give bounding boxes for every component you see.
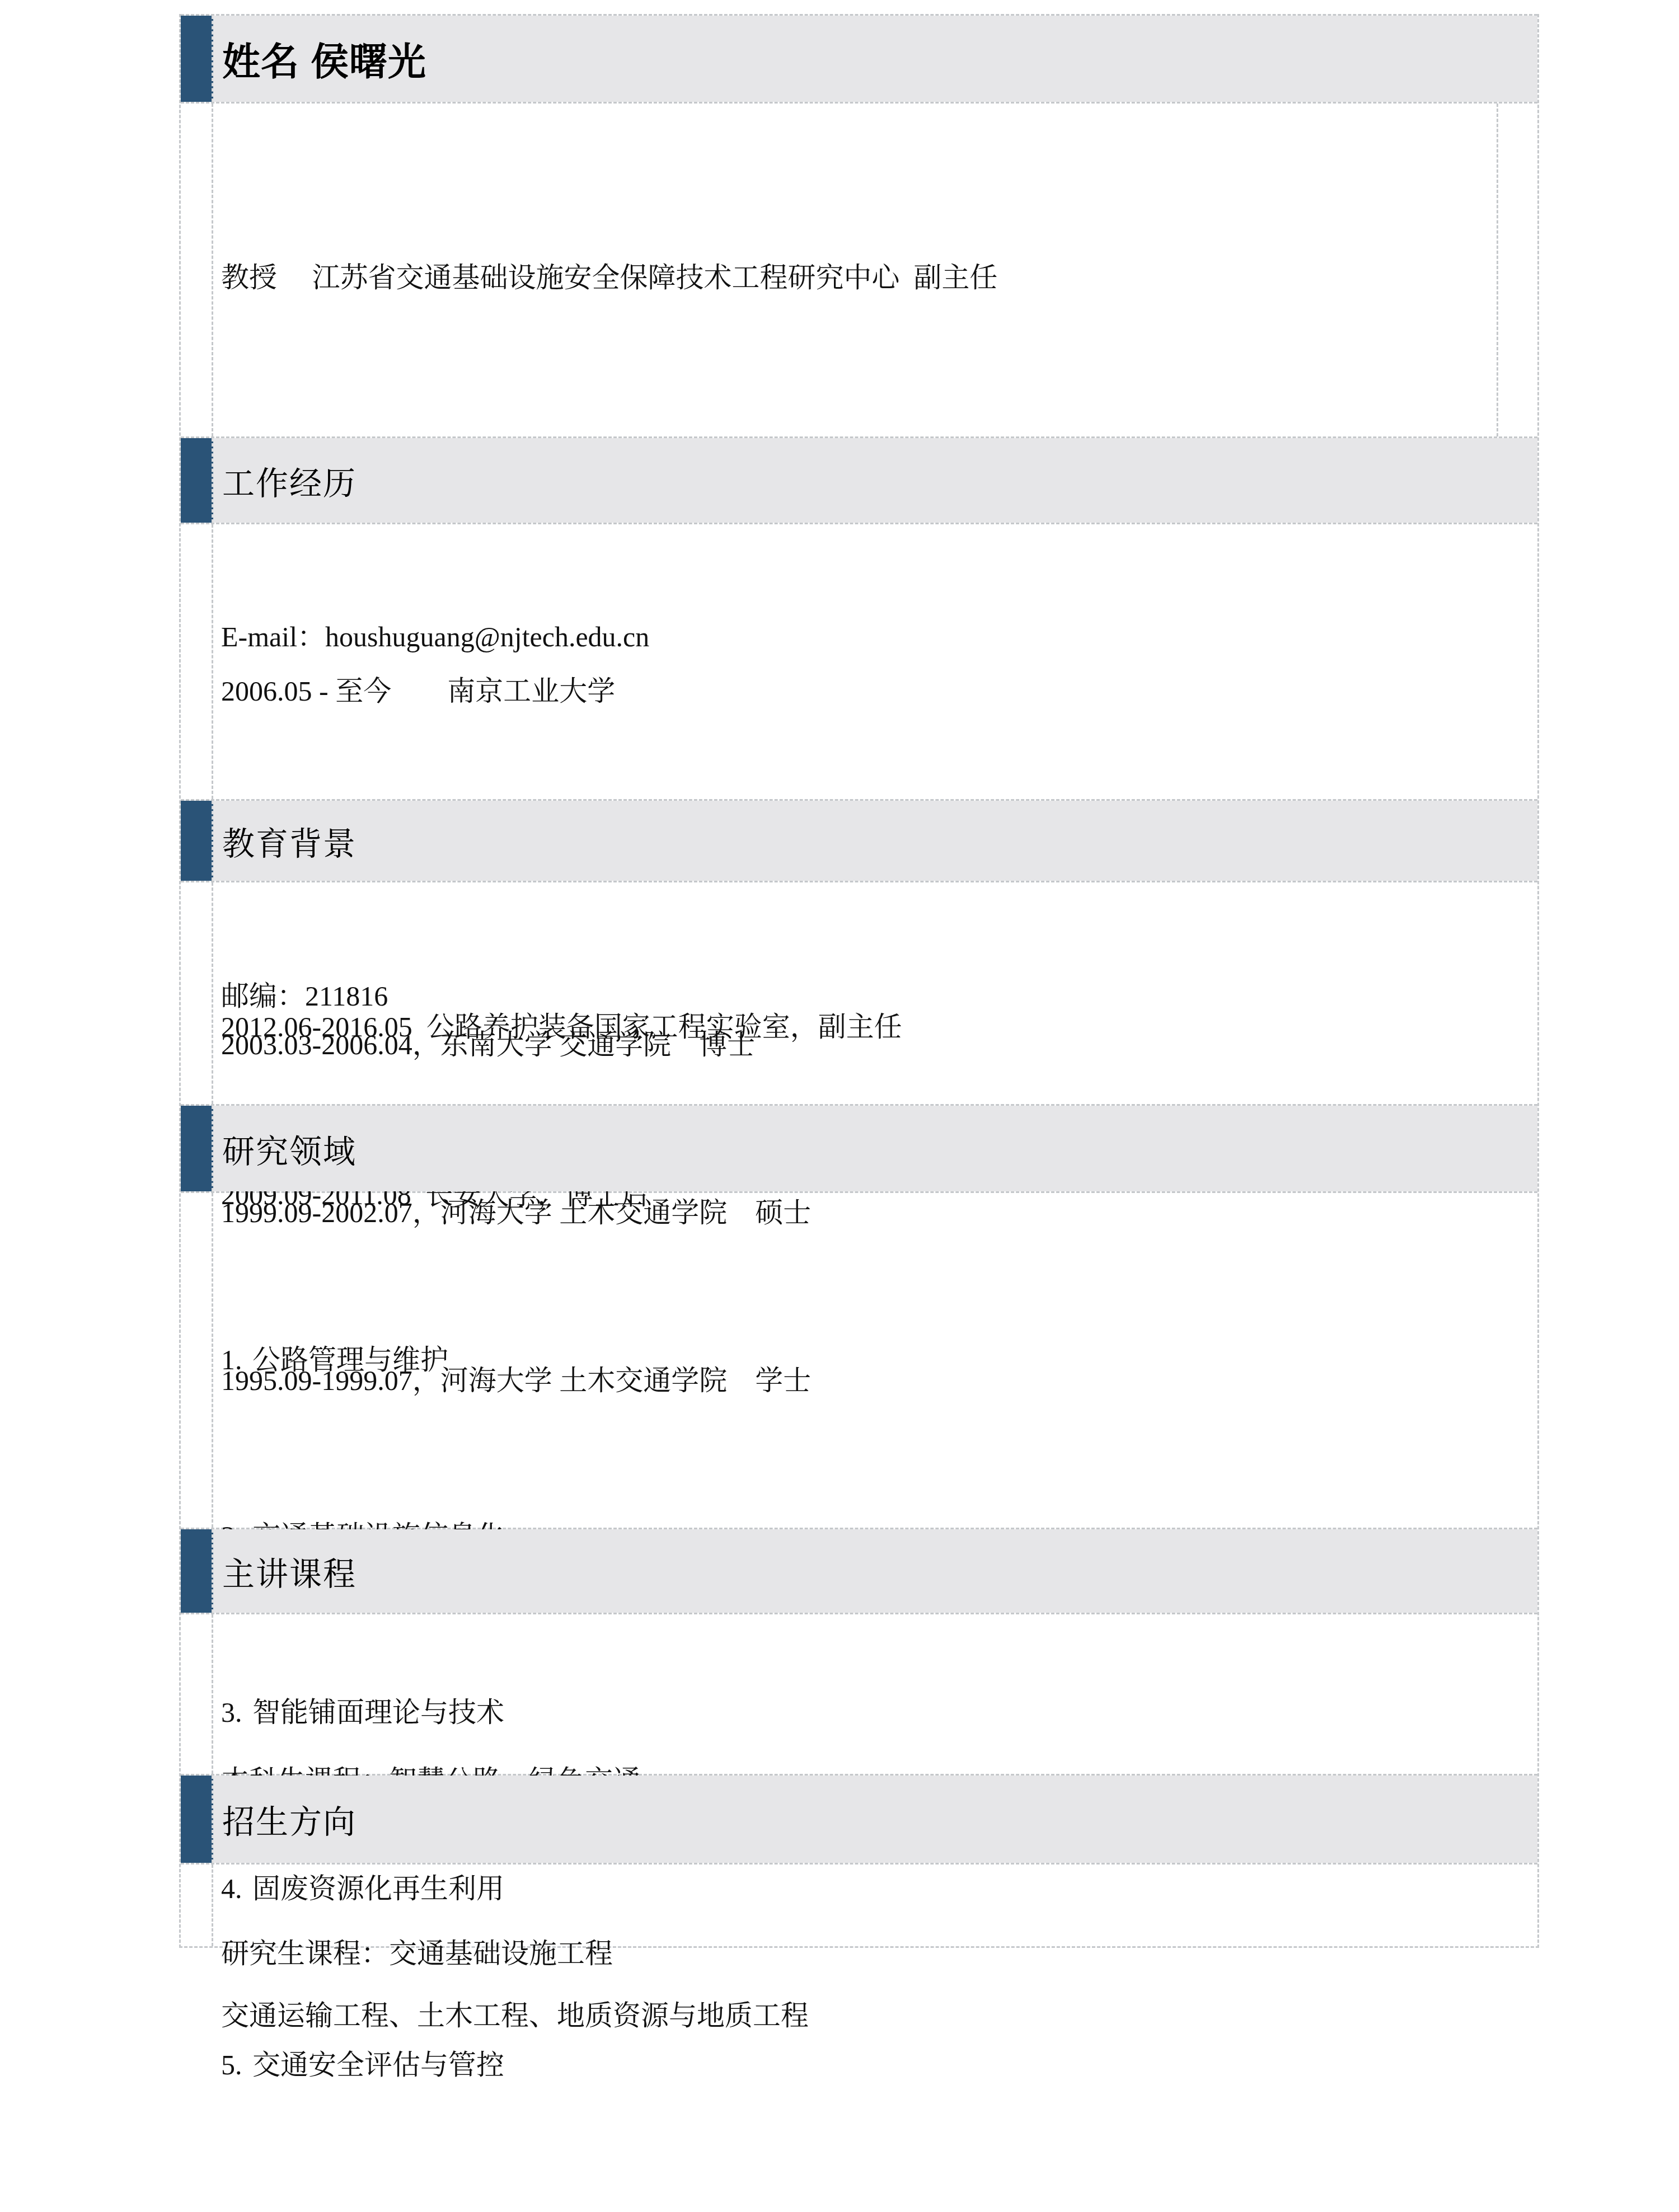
work-content: 2006.05 - 至今 南京工业大学 2016.11-2017.11 Univ… bbox=[213, 524, 902, 799]
contact-section: 教授 江苏省交通基础设施安全保障技术工程研究中心 副主任 南京工业大学道路工程研… bbox=[181, 104, 1537, 436]
education-content: 2003.03-2006.04，东南大学 交通学院 博士 1999.09-200… bbox=[213, 882, 811, 1104]
accent-bar bbox=[181, 16, 213, 102]
cv-document: 姓名 侯曙光 教授 江苏省交通基础设施安全保障技术工程研究中心 副主任 南京工业… bbox=[179, 14, 1539, 1948]
section-title-admissions: 招生方向 bbox=[213, 1776, 1537, 1863]
admissions-section: 交通运输工程、土木工程、地质资源与地质工程 bbox=[181, 1865, 1537, 1946]
research-content: 1.公路管理与维护 2.交通基础设施信息化 3.智能铺面理论与技术 4.固废资源… bbox=[213, 1193, 504, 1528]
courses-section: 本科生课程：智慧公路、绿色交通 研究生课程：交通基础设施工程 bbox=[181, 1614, 1537, 1774]
section-title-work: 工作经历 bbox=[213, 438, 1537, 523]
courses-content: 本科生课程：智慧公路、绿色交通 研究生课程：交通基础设施工程 bbox=[213, 1614, 641, 1774]
left-gutter bbox=[181, 882, 213, 1104]
faculty-profile-page: { "theme": { "accent_blue": "#2a5377", "… bbox=[0, 0, 1679, 1976]
left-gutter bbox=[181, 1614, 213, 1774]
accent-bar bbox=[181, 438, 213, 523]
left-gutter bbox=[181, 104, 213, 436]
contact-right-margin bbox=[1498, 104, 1537, 436]
left-gutter bbox=[181, 524, 213, 799]
left-gutter bbox=[181, 1193, 213, 1528]
section-header-education: 教育背景 bbox=[181, 799, 1537, 882]
page-title: 姓名 侯曙光 bbox=[213, 16, 1537, 102]
section-title-courses: 主讲课程 bbox=[213, 1529, 1537, 1613]
contact-content: 教授 江苏省交通基础设施安全保障技术工程研究中心 副主任 南京工业大学道路工程研… bbox=[213, 104, 1498, 436]
list-item: 2003.03-2006.04，东南大学 交通学院 博士 bbox=[221, 1017, 811, 1073]
section-header-research: 研究领域 bbox=[181, 1104, 1537, 1193]
section-header-admissions: 招生方向 bbox=[181, 1774, 1537, 1865]
section-title-education: 教育背景 bbox=[213, 801, 1537, 881]
accent-bar bbox=[181, 801, 213, 881]
admissions-text: 交通运输工程、土木工程、地质资源与地质工程 bbox=[221, 1988, 809, 2044]
accent-bar bbox=[181, 1106, 213, 1191]
section-header-work: 工作经历 bbox=[181, 436, 1537, 524]
list-item: 2006.05 - 至今 南京工业大学 bbox=[221, 663, 902, 719]
list-item-text: 公路管理与维护 bbox=[252, 1344, 448, 1375]
admissions-content: 交通运输工程、土木工程、地质资源与地质工程 bbox=[213, 1865, 809, 1946]
profile-header: 姓名 侯曙光 bbox=[181, 14, 1537, 104]
position-line: 教授 江苏省交通基础设施安全保障技术工程研究中心 副主任 bbox=[221, 248, 1497, 308]
left-gutter bbox=[181, 1865, 213, 1946]
section-header-courses: 主讲课程 bbox=[181, 1528, 1537, 1614]
accent-bar bbox=[181, 1529, 213, 1613]
section-title-research: 研究领域 bbox=[213, 1106, 1537, 1191]
accent-bar bbox=[181, 1776, 213, 1863]
list-item-number: 1. bbox=[221, 1331, 252, 1389]
list-item: 1.公路管理与维护 bbox=[221, 1331, 504, 1389]
